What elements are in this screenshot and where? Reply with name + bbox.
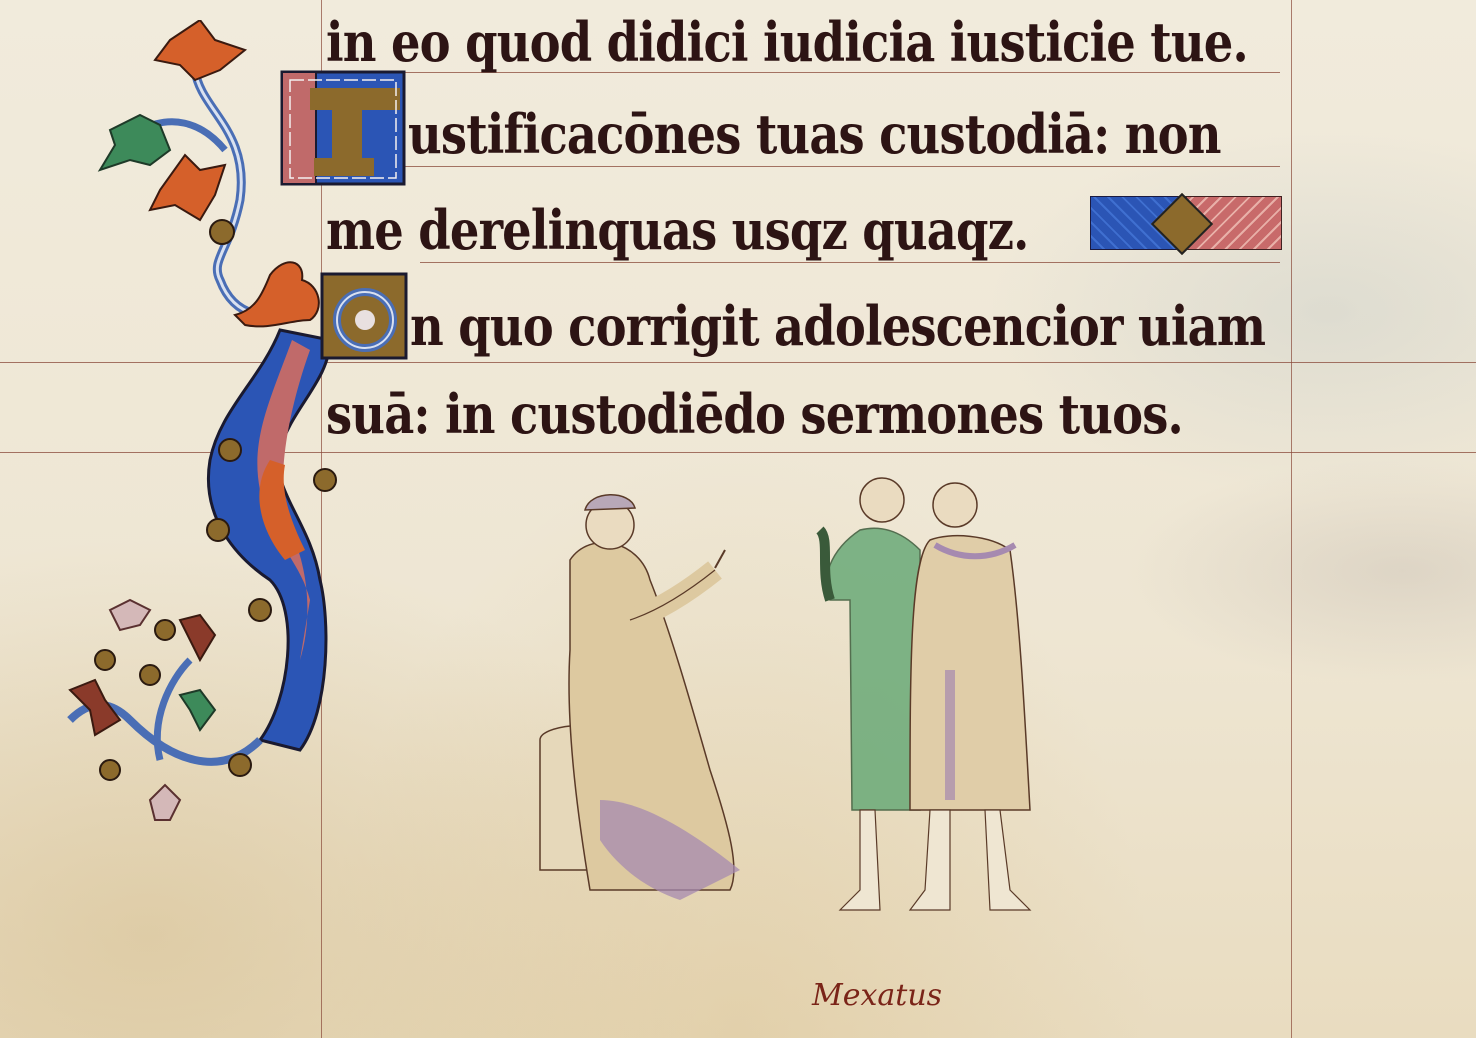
border-foliage <box>30 20 350 840</box>
ruling-line <box>420 262 1280 263</box>
text-line-2: ustificacōnes tuas custodiā: non <box>408 104 1221 164</box>
text-line-4: n quo corrigit adolescencior uiam <box>410 296 1265 356</box>
text-line-5: suā: in custodiēdo sermones tuos. <box>326 384 1183 444</box>
decorated-initial-i-dragon <box>320 272 410 362</box>
illustration-teacher-and-youths <box>530 470 1090 930</box>
ruling-line <box>330 166 1280 167</box>
line-filler-ornament <box>1090 196 1282 250</box>
text-line-3: me derelinquas usqz quaqz. <box>326 200 1028 260</box>
margin-rule <box>1291 0 1292 1038</box>
text-line-1: in eo quod didici iudicia iusticie tue. <box>326 12 1248 72</box>
catchword: Mexatus <box>812 978 942 1013</box>
